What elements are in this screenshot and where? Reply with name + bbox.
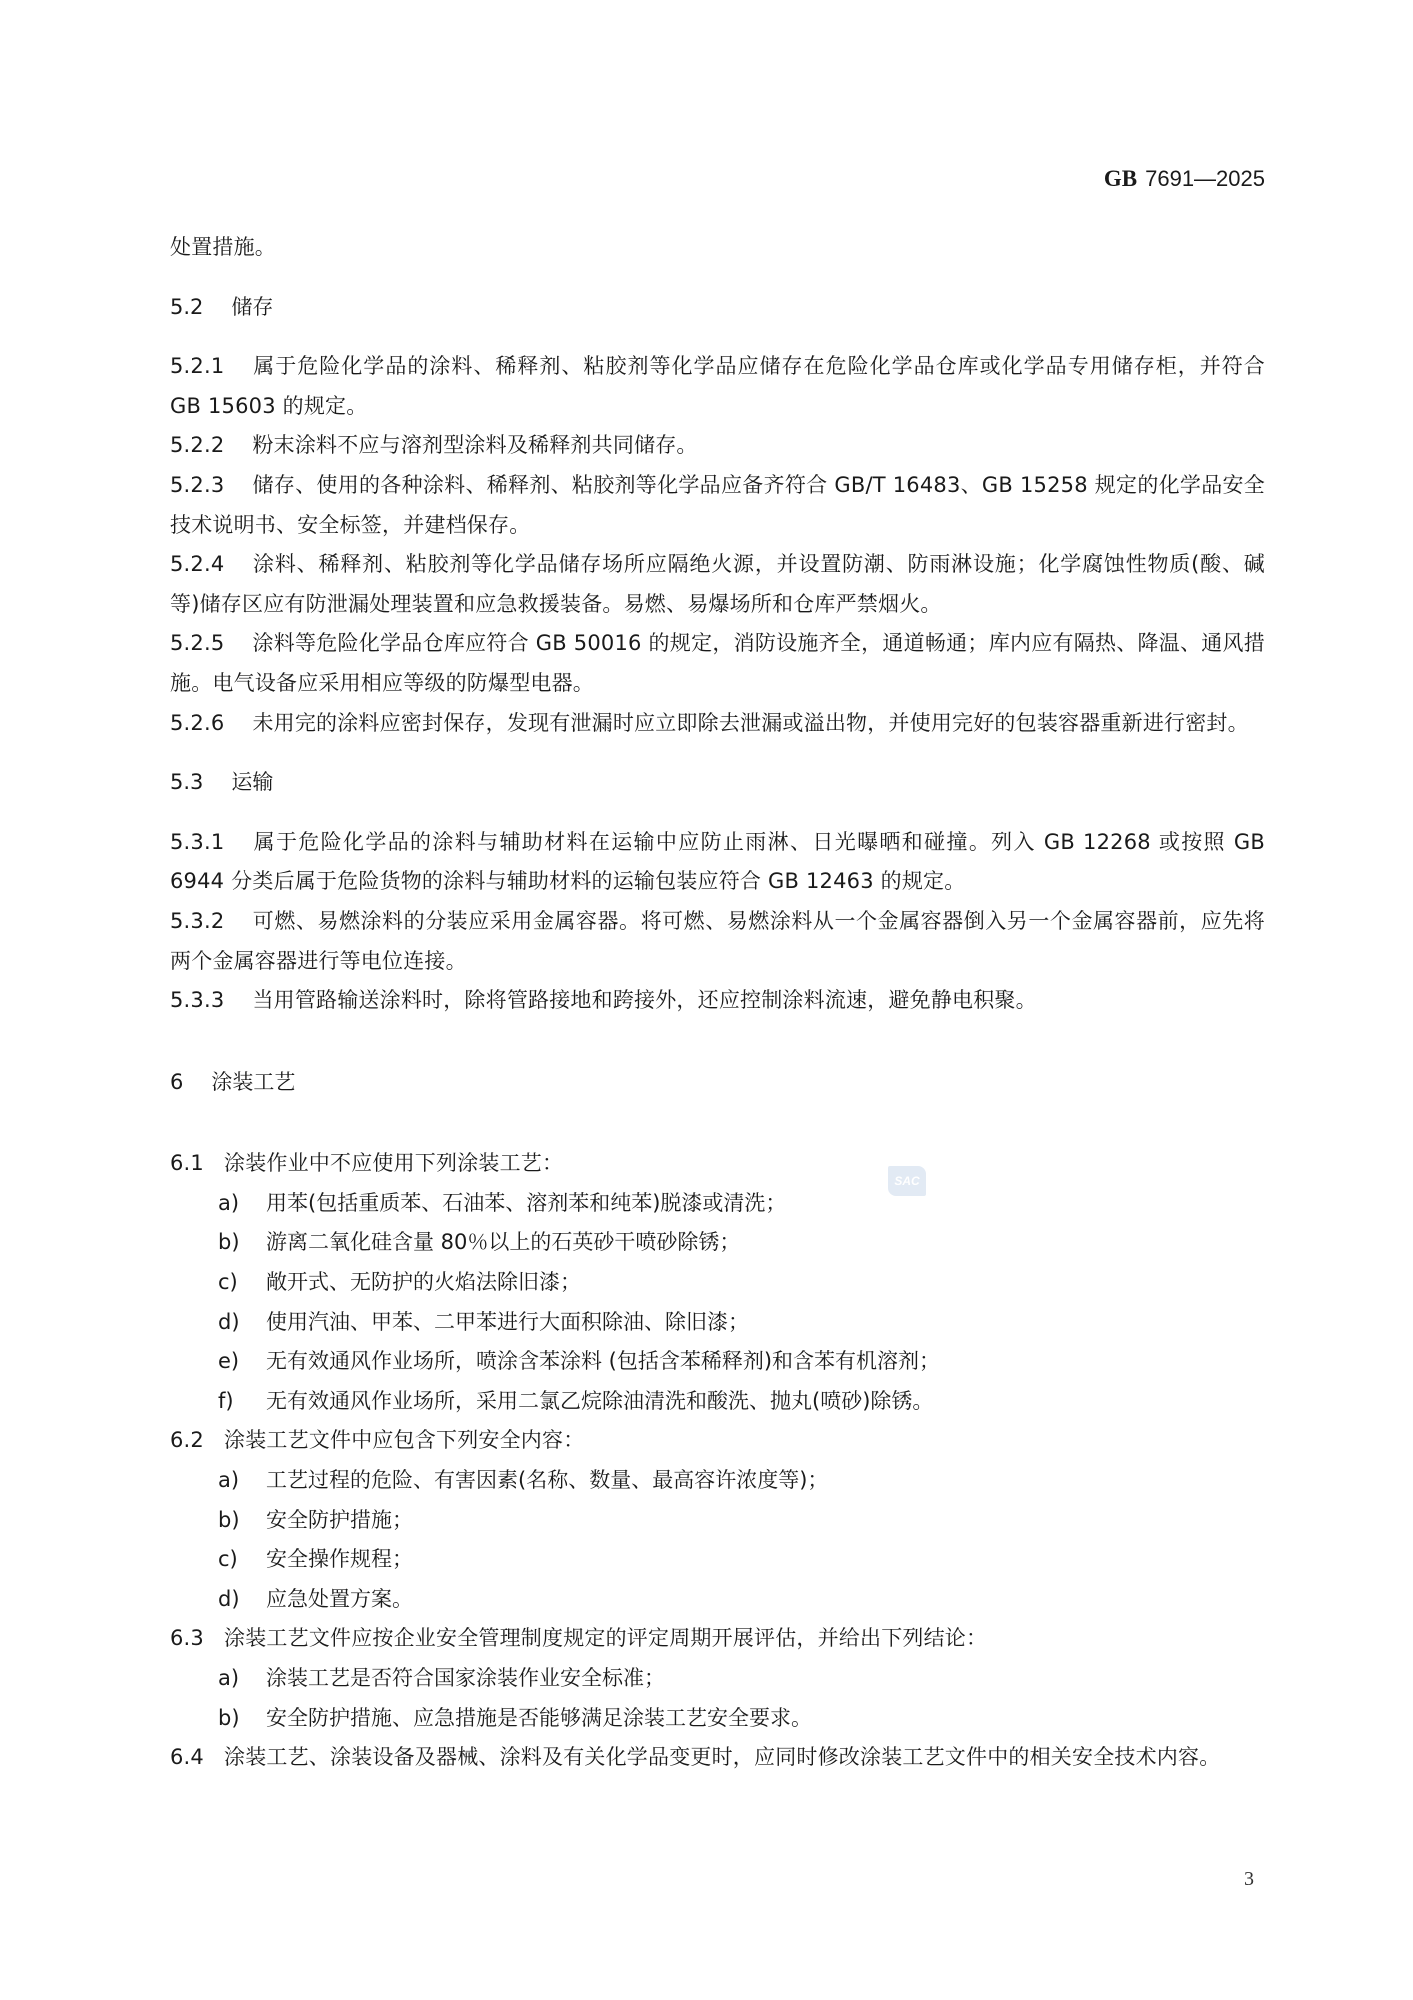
- clause-text: 涂装工艺文件应按企业安全管理制度规定的评定周期开展评估，并给出下列结论：: [224, 1626, 987, 1650]
- clause-text: 涂装工艺文件中应包含下列安全内容：: [224, 1428, 584, 1452]
- clause-text: 涂料等危险化学品仓库应符合 GB 50016 的规定，消防设施齐全，通道畅通；库…: [170, 631, 1265, 695]
- standard-number: 7691—2025: [1145, 166, 1265, 191]
- list-item: a)用苯(包括重质苯、石油苯、溶剂苯和纯苯)脱漆或清洗；: [170, 1184, 1265, 1224]
- list-item: b)游离二氧化硅含量 80％以上的石英砂干喷砂除锈；: [170, 1223, 1265, 1263]
- clause-text: 储存、使用的各种涂料、稀释剂、粘胶剂等化学品应备齐符合 GB/T 16483、G…: [170, 473, 1265, 537]
- clause-number: 5.2.6: [170, 711, 224, 735]
- list-label: a): [218, 1461, 266, 1501]
- clause-number: 5.2.1: [170, 354, 224, 378]
- list-item: c)敞开式、无防护的火焰法除旧漆；: [170, 1263, 1265, 1303]
- clause-number: 5.3.2: [170, 909, 224, 933]
- list-label: c): [218, 1263, 266, 1303]
- list-label: d): [218, 1303, 266, 1343]
- clause-number: 6.1: [170, 1151, 204, 1175]
- clause-text: 涂料、稀释剂、粘胶剂等化学品储存场所应隔绝火源，并设置防潮、防雨淋设施；化学腐蚀…: [170, 552, 1265, 616]
- list-item: d)使用汽油、甲苯、二甲苯进行大面积除油、除旧漆；: [170, 1303, 1265, 1343]
- list-label: f): [218, 1382, 266, 1422]
- list-item: c)安全操作规程；: [170, 1540, 1265, 1580]
- list-text: 涂装工艺是否符合国家涂装作业安全标准；: [266, 1666, 665, 1690]
- clause-number: 5.2.4: [170, 552, 224, 576]
- chapter-heading-6: 6涂装工艺: [170, 1063, 1265, 1103]
- list-text: 敞开式、无防护的火焰法除旧漆；: [266, 1270, 581, 1294]
- clause-text: 涂装工艺、涂装设备及器械、涂料及有关化学品变更时，应同时修改涂装工艺文件中的相关…: [224, 1745, 1220, 1769]
- section-title: 运输: [231, 770, 273, 794]
- clause-5-2-4: 5.2.4涂料、稀释剂、粘胶剂等化学品储存场所应隔绝火源，并设置防潮、防雨淋设施…: [170, 545, 1265, 624]
- clause-number: 5.2.2: [170, 433, 224, 457]
- continuation-text: 处置措施。: [170, 228, 1265, 268]
- clause-5-3-1: 5.3.1属于危险化学品的涂料与辅助材料在运输中应防止雨淋、日光曝晒和碰撞。列入…: [170, 823, 1265, 902]
- list-item: a)涂装工艺是否符合国家涂装作业安全标准；: [170, 1659, 1265, 1699]
- list-item: f)无有效通风作业场所，采用二氯乙烷除油清洗和酸洗、抛丸(喷砂)除锈。: [170, 1382, 1265, 1422]
- clause-number: 6.4: [170, 1745, 204, 1769]
- list-label: a): [218, 1184, 266, 1224]
- sac-watermark-logo: SAC: [888, 1166, 926, 1196]
- list-text: 游离二氧化硅含量 80％以上的石英砂干喷砂除锈；: [266, 1230, 740, 1254]
- page-number: 3: [1244, 1868, 1254, 1891]
- clause-text: 属于危险化学品的涂料、稀释剂、粘胶剂等化学品应储存在危险化学品仓库或化学品专用储…: [170, 354, 1265, 418]
- list-text: 安全操作规程；: [266, 1547, 413, 1571]
- list-label: e): [218, 1342, 266, 1382]
- list-text: 使用汽油、甲苯、二甲苯进行大面积除油、除旧漆；: [266, 1310, 749, 1334]
- document-header: GB7691—2025: [1104, 166, 1265, 192]
- list-item: e)无有效通风作业场所，喷涂含苯涂料 (包括含苯稀释剂)和含苯有机溶剂；: [170, 1342, 1265, 1382]
- clause-5-2-1: 5.2.1属于危险化学品的涂料、稀释剂、粘胶剂等化学品应储存在危险化学品仓库或化…: [170, 347, 1265, 426]
- clause-5-2-3: 5.2.3储存、使用的各种涂料、稀释剂、粘胶剂等化学品应备齐符合 GB/T 16…: [170, 466, 1265, 545]
- clause-6-4: 6.4涂装工艺、涂装设备及器械、涂料及有关化学品变更时，应同时修改涂装工艺文件中…: [170, 1738, 1265, 1778]
- section-title: 储存: [231, 295, 273, 319]
- clause-5-2-2: 5.2.2粉末涂料不应与溶剂型涂料及稀释剂共同储存。: [170, 426, 1265, 466]
- list-label: b): [218, 1223, 266, 1263]
- list-text: 应急处置方案。: [266, 1587, 413, 1611]
- list-item: b)安全防护措施；: [170, 1501, 1265, 1541]
- clause-text: 当用管路输送涂料时，除将管路接地和跨接外，还应控制涂料流速，避免静电积聚。: [252, 988, 1036, 1012]
- clause-6-1: 6.1涂装作业中不应使用下列涂装工艺：: [170, 1144, 1265, 1184]
- clause-5-3-3: 5.3.3当用管路输送涂料时，除将管路接地和跨接外，还应控制涂料流速，避免静电积…: [170, 981, 1265, 1021]
- clause-5-3-2: 5.3.2可燃、易燃涂料的分装应采用金属容器。将可燃、易燃涂料从一个金属容器倒入…: [170, 902, 1265, 981]
- clause-text: 未用完的涂料应密封保存，发现有泄漏时应立即除去泄漏或溢出物，并使用完好的包装容器…: [252, 711, 1248, 735]
- list-label: b): [218, 1699, 266, 1739]
- list-text: 安全防护措施、应急措施是否能够满足涂装工艺安全要求。: [266, 1706, 812, 1730]
- list-item: b)安全防护措施、应急措施是否能够满足涂装工艺安全要求。: [170, 1699, 1265, 1739]
- section-number: 5.2: [170, 295, 203, 319]
- list-label: d): [218, 1580, 266, 1620]
- section-heading-5-3: 5.3运输: [170, 763, 1265, 803]
- clause-number: 5.3.3: [170, 988, 224, 1012]
- list-label: b): [218, 1501, 266, 1541]
- section-number: 5.3: [170, 770, 203, 794]
- page-body: 处置措施。 5.2储存 5.2.1属于危险化学品的涂料、稀释剂、粘胶剂等化学品应…: [170, 228, 1265, 1778]
- clause-text: 涂装作业中不应使用下列涂装工艺：: [224, 1151, 563, 1175]
- list-item: a)工艺过程的危险、有害因素(名称、数量、最高容许浓度等)；: [170, 1461, 1265, 1501]
- section-heading-5-2: 5.2储存: [170, 288, 1265, 328]
- clause-5-2-6: 5.2.6未用完的涂料应密封保存，发现有泄漏时应立即除去泄漏或溢出物，并使用完好…: [170, 704, 1265, 744]
- clause-number: 6.3: [170, 1626, 204, 1650]
- list-text: 安全防护措施；: [266, 1508, 413, 1532]
- clause-number: 6.2: [170, 1428, 204, 1452]
- clause-6-2: 6.2涂装工艺文件中应包含下列安全内容：: [170, 1421, 1265, 1461]
- clause-number: 5.2.5: [170, 631, 224, 655]
- list-label: c): [218, 1540, 266, 1580]
- list-text: 无有效通风作业场所，喷涂含苯涂料 (包括含苯稀释剂)和含苯有机溶剂；: [266, 1349, 940, 1373]
- list-item: d)应急处置方案。: [170, 1580, 1265, 1620]
- standard-prefix: GB: [1104, 166, 1137, 191]
- chapter-title: 涂装工艺: [211, 1070, 295, 1094]
- clause-6-3: 6.3涂装工艺文件应按企业安全管理制度规定的评定周期开展评估，并给出下列结论：: [170, 1619, 1265, 1659]
- list-text: 无有效通风作业场所，采用二氯乙烷除油清洗和酸洗、抛丸(喷砂)除锈。: [266, 1389, 933, 1413]
- chapter-number: 6: [170, 1070, 183, 1094]
- clause-number: 5.2.3: [170, 473, 224, 497]
- clause-text: 可燃、易燃涂料的分装应采用金属容器。将可燃、易燃涂料从一个金属容器倒入另一个金属…: [170, 909, 1265, 973]
- clause-text: 属于危险化学品的涂料与辅助材料在运输中应防止雨淋、日光曝晒和碰撞。列入 GB 1…: [170, 830, 1265, 894]
- list-text: 用苯(包括重质苯、石油苯、溶剂苯和纯苯)脱漆或清洗；: [266, 1191, 786, 1215]
- list-label: a): [218, 1659, 266, 1699]
- clause-5-2-5: 5.2.5涂料等危险化学品仓库应符合 GB 50016 的规定，消防设施齐全，通…: [170, 624, 1265, 703]
- clause-text: 粉末涂料不应与溶剂型涂料及稀释剂共同储存。: [252, 433, 697, 457]
- list-text: 工艺过程的危险、有害因素(名称、数量、最高容许浓度等)；: [266, 1468, 828, 1492]
- clause-number: 5.3.1: [170, 830, 224, 854]
